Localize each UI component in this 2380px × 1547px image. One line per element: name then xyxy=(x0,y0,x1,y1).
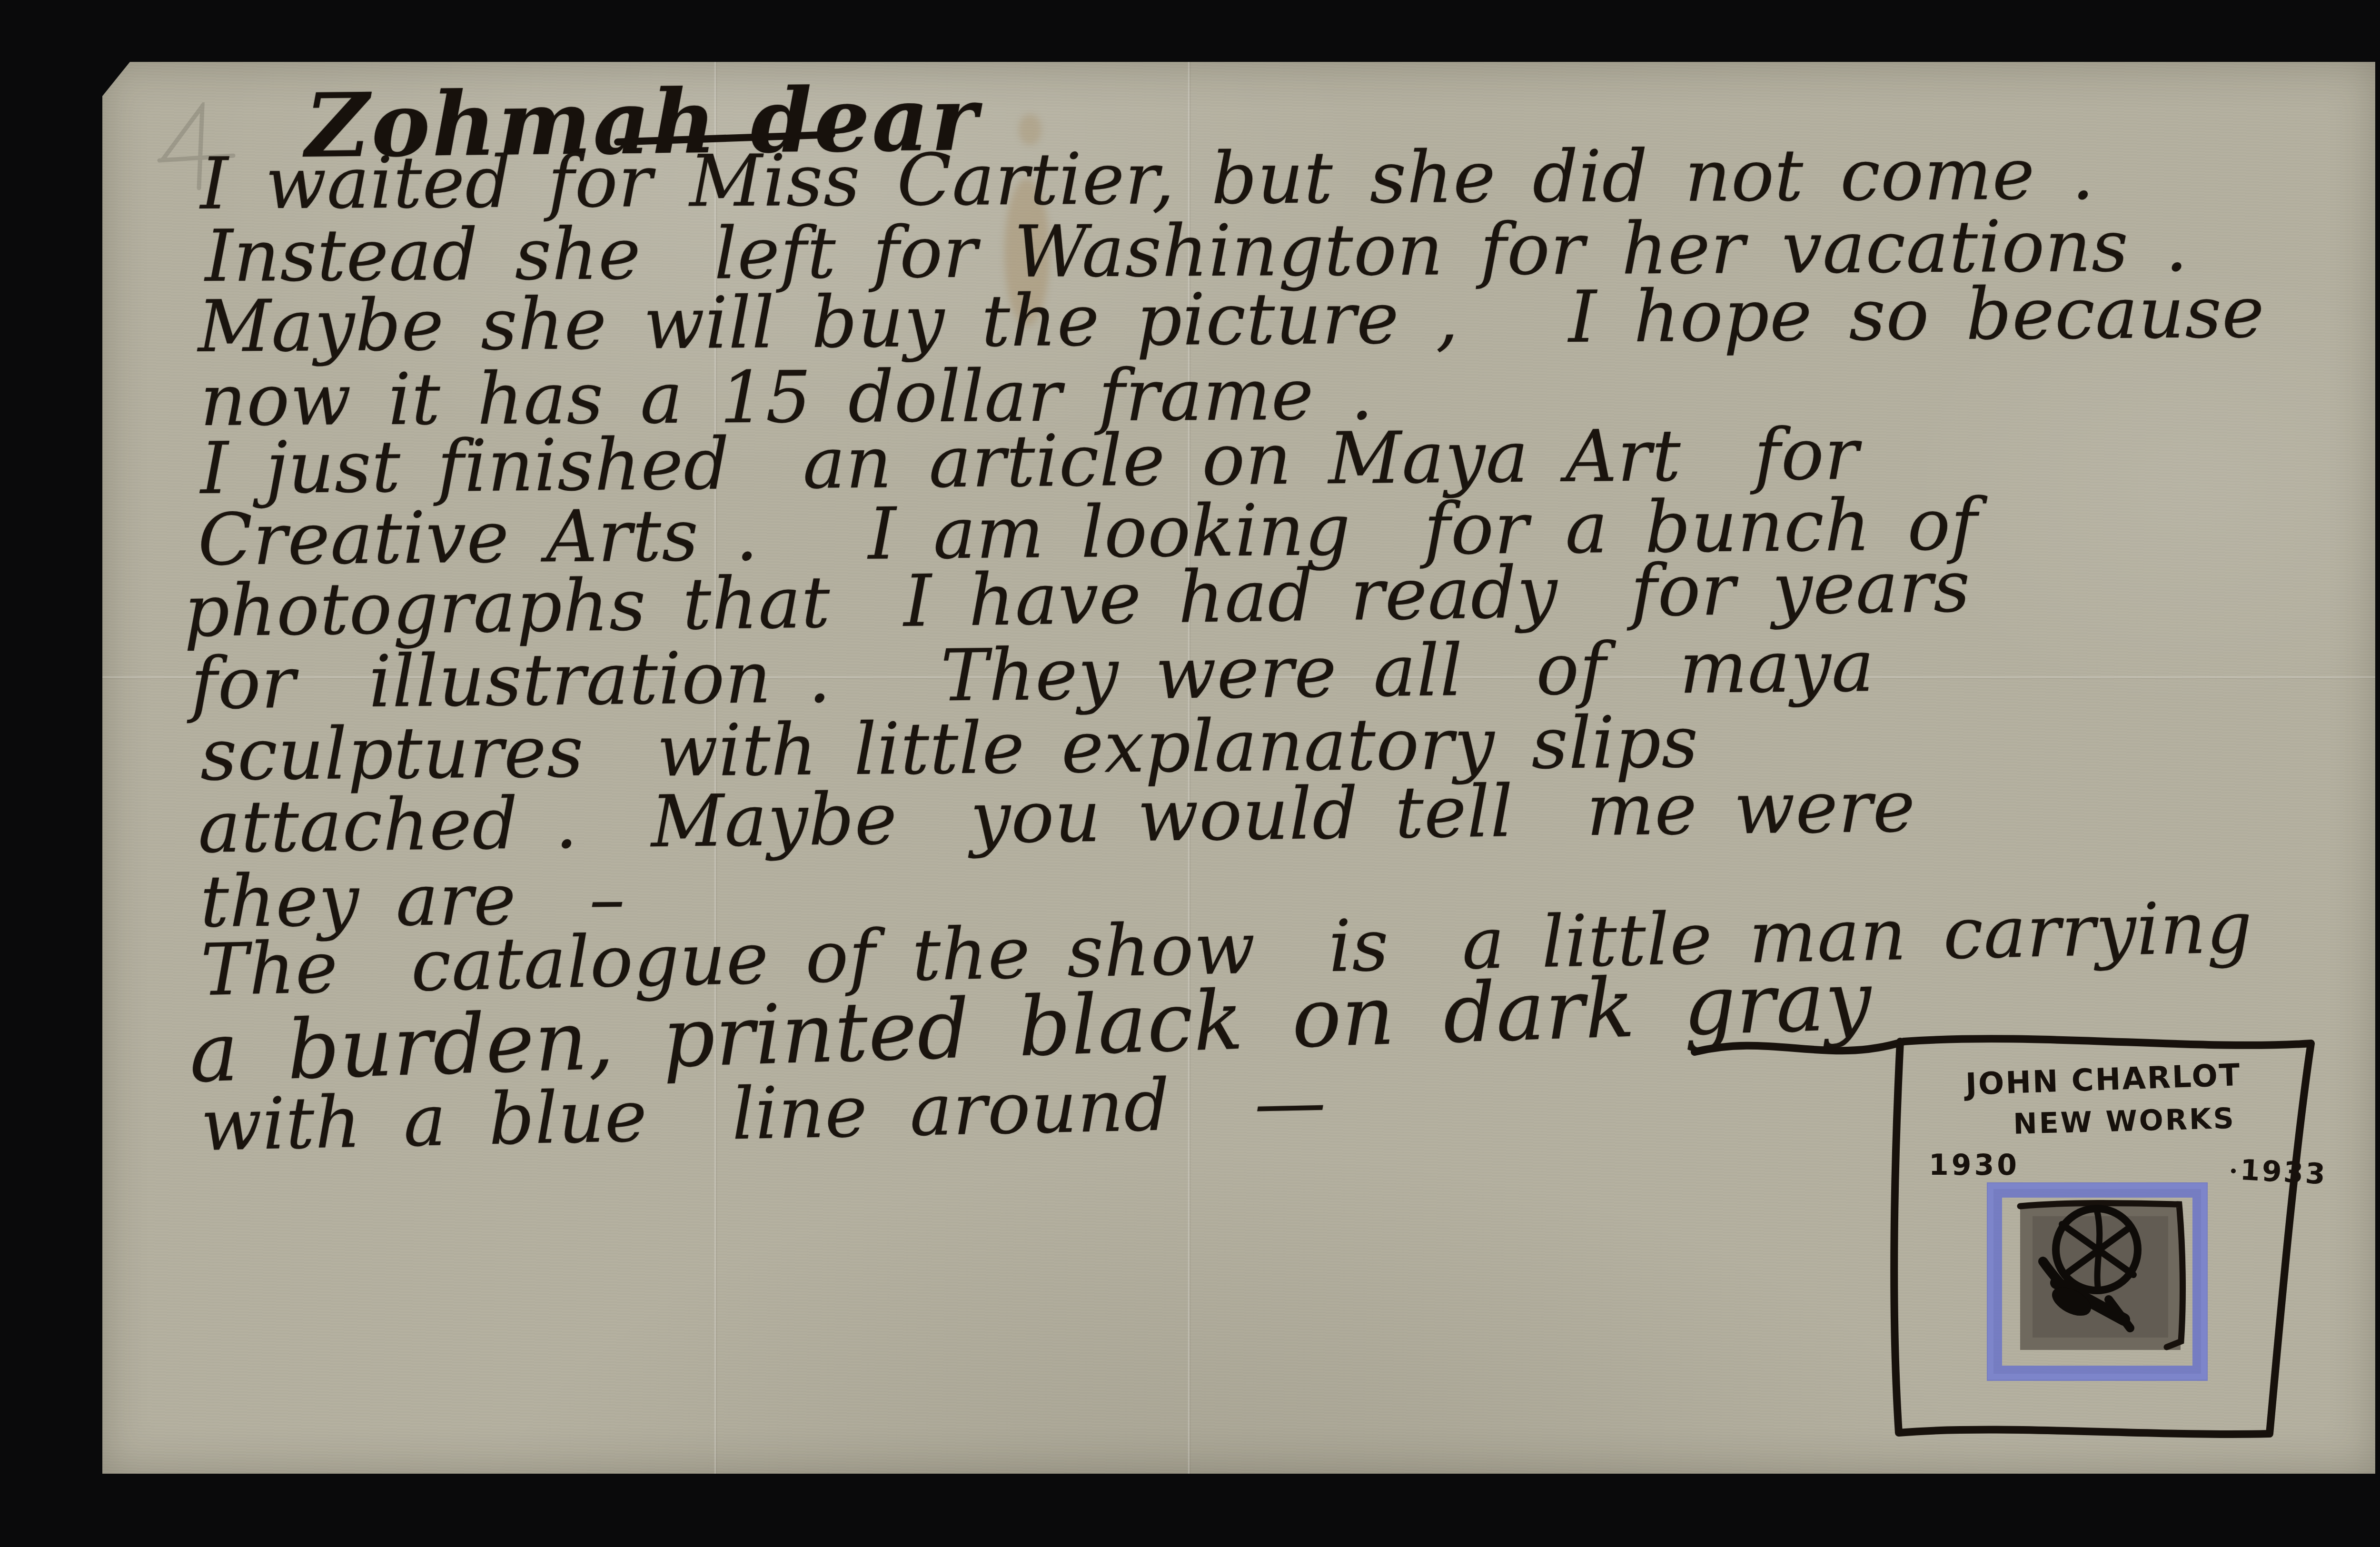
sketch-artist-name: JOHN CHARLOT xyxy=(1963,1058,2242,1102)
sketch-year-left: 1930 xyxy=(1929,1149,2020,1182)
ink-dot xyxy=(2231,1169,2236,1173)
catalogue-sketch: JOHN CHARLOT NEW WORKS 1930 1933 xyxy=(1666,1014,2342,1452)
letter-paper: Zohmah dear I waited for Miss Cartier, b… xyxy=(102,62,2375,1474)
scanned-letter: Zohmah dear I waited for Miss Cartier, b… xyxy=(0,0,2380,1547)
sketch-year-right: 1933 xyxy=(2239,1153,2328,1191)
sketch-subtitle: NEW WORKS xyxy=(2013,1102,2236,1141)
